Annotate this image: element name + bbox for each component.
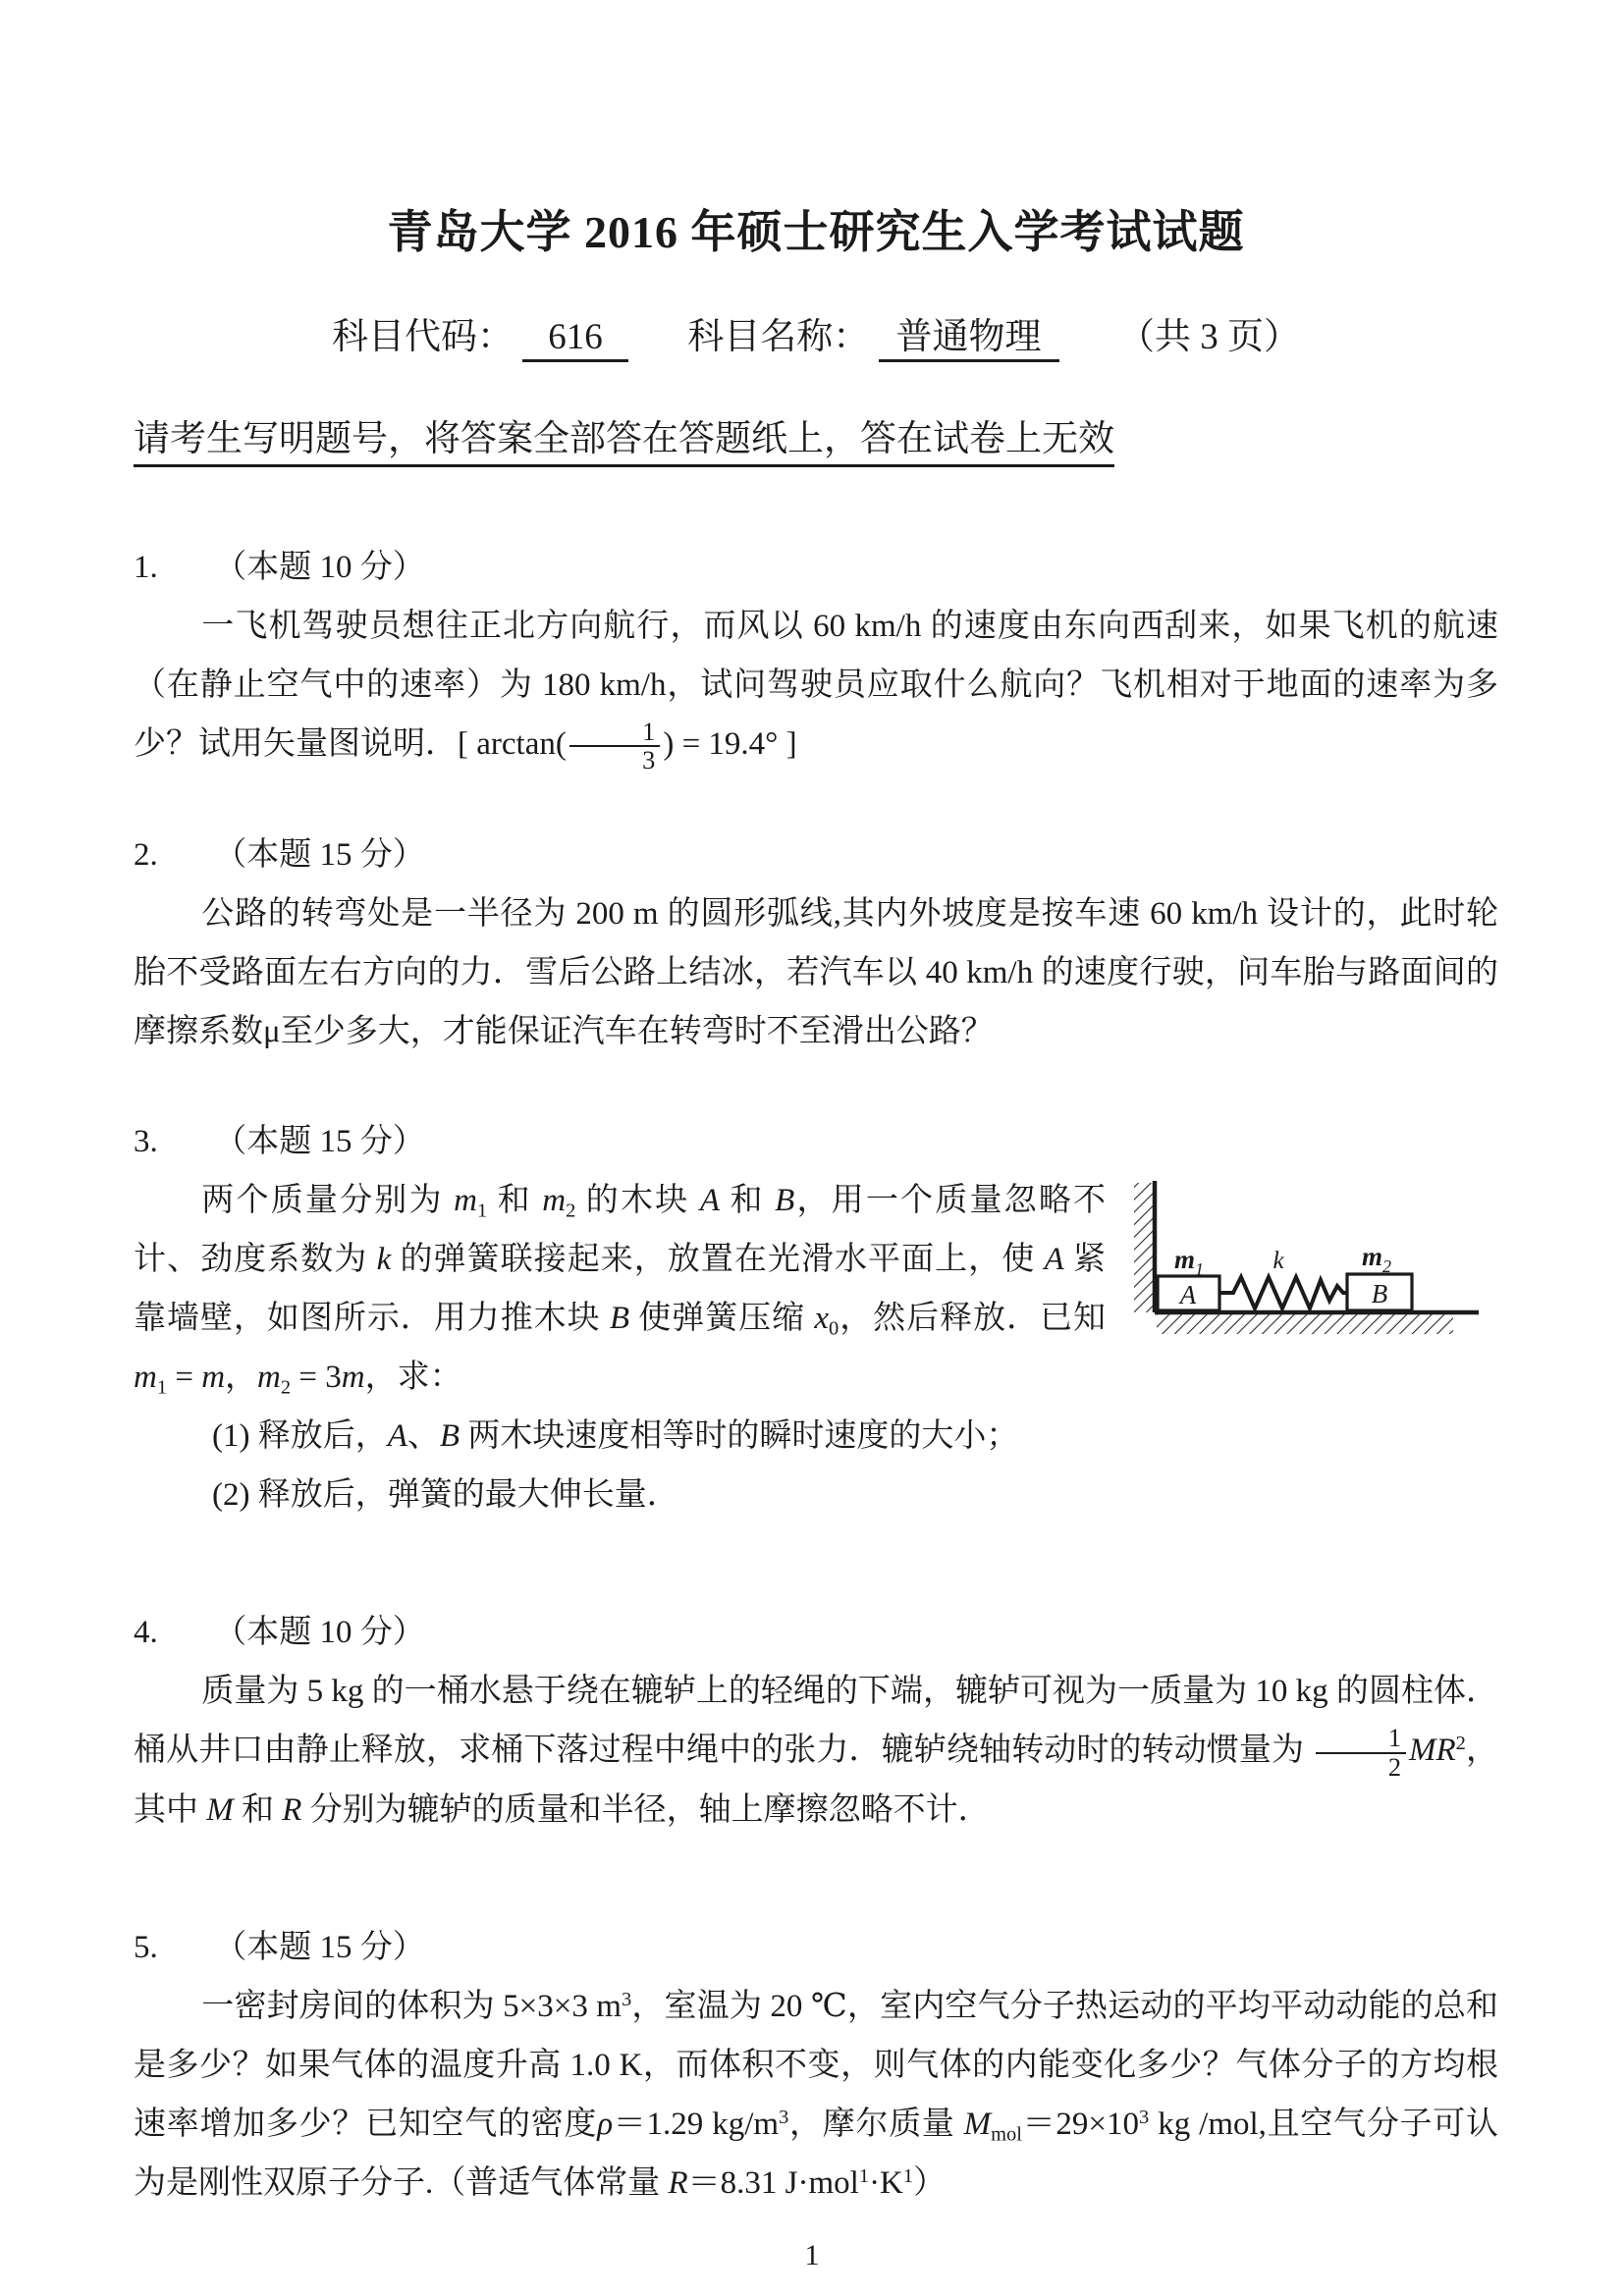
mass1-label: m1 (1174, 1245, 1204, 1279)
pages-note: （共 3 页） (1118, 317, 1300, 357)
mass2-label: m2 (1362, 1242, 1391, 1276)
problem-1-head: 1. （本题 10 分） (134, 538, 1498, 597)
problem-5-body: 一密封房间的体积为 5×3×3 m3，室温为 20 ℃，室内空气分子热运动的平均… (134, 1977, 1498, 2213)
problem-3-points: （本题 15 分） (214, 1124, 425, 1159)
problem-2-points: （本题 15 分） (214, 837, 425, 873)
problem-1: 1. （本题 10 分） 一飞机驾驶员想往正北方向航行，而风以 60 km/h … (134, 538, 1498, 774)
subject-line: 科目代码： 616 科目名称： 普通物理 （共 3 页） (134, 306, 1498, 359)
problem-2: 2. （本题 15 分） 公路的转弯处是一半径为 200 m 的圆形弧线,其内外… (134, 826, 1498, 1061)
problem-5-head: 5. （本题 15 分） (134, 1918, 1498, 1977)
problem-4-number: 4. (134, 1603, 206, 1662)
problem-3-head: 3. （本题 15 分） (134, 1112, 1498, 1171)
spring-coil (1219, 1277, 1347, 1308)
subject-code-label: 科目代码： (332, 317, 514, 357)
problem-3-subitem-2: (2) 释放后，弹簧的最大伸长量． (134, 1466, 1498, 1524)
wall-hatch (1134, 1183, 1155, 1312)
spring-constant-label: k (1272, 1248, 1284, 1274)
problem-2-head: 2. （本题 15 分） (134, 826, 1498, 884)
problem-5-points: （本题 15 分） (214, 1930, 425, 1965)
problem-4-head: 4. （本题 10 分） (134, 1603, 1498, 1662)
figure-spring-diagram: A B k m1 m2 (1133, 1175, 1498, 1342)
problem-5-number: 5. (134, 1918, 206, 1977)
spring-mass-figure: A B k m1 m2 (1133, 1175, 1498, 1342)
subject-code-value: 616 (522, 317, 628, 362)
exam-notice: 请考生写明题号，将答案全部答在答题纸上，答在试卷上无效 (134, 408, 1498, 461)
problem-3-subitem-1: (1) 释放后，A、B 两木块速度相等时的瞬时速度的大小； (134, 1407, 1498, 1466)
problem-4-points: （本题 10 分） (214, 1615, 425, 1650)
subject-name-value: 普通物理 (879, 317, 1059, 362)
ground-hatch (1157, 1314, 1453, 1334)
problem-2-body: 公路的转弯处是一半径为 200 m 的圆形弧线,其内外坡度是按车速 60 km/… (134, 884, 1498, 1061)
subject-name-label: 科目名称： (687, 317, 869, 357)
problem-4: 4. （本题 10 分） 质量为 5 kg 的一桶水悬于绕在辘轳上的轻绳的下端，… (134, 1603, 1498, 1840)
problem-1-body: 一飞机驾驶员想往正北方向航行，而风以 60 km/h 的速度由东向西刮来，如果飞… (134, 597, 1498, 774)
block-b-label: B (1372, 1279, 1388, 1308)
problem-2-number: 2. (134, 826, 206, 884)
block-a-label: A (1178, 1280, 1197, 1309)
problem-5: 5. （本题 15 分） 一密封房间的体积为 5×3×3 m3，室温为 20 ℃… (134, 1918, 1498, 2213)
problem-4-body: 质量为 5 kg 的一桶水悬于绕在辘轳上的轻绳的下端，辘轳可视为一质量为 10 … (134, 1662, 1498, 1840)
page-title: 青岛大学 2016 年硕士研究生入学考试试题 (134, 196, 1498, 261)
page-number: 1 (0, 2239, 1624, 2272)
problem-3: 3. （本题 15 分） A B k (134, 1112, 1498, 1524)
problem-1-number: 1. (134, 538, 206, 597)
problem-1-points: （本题 10 分） (214, 550, 425, 585)
exam-page: 青岛大学 2016 年硕士研究生入学考试试题 科目代码： 616 科目名称： 普… (0, 0, 1624, 2296)
problem-3-number: 3. (134, 1112, 206, 1171)
